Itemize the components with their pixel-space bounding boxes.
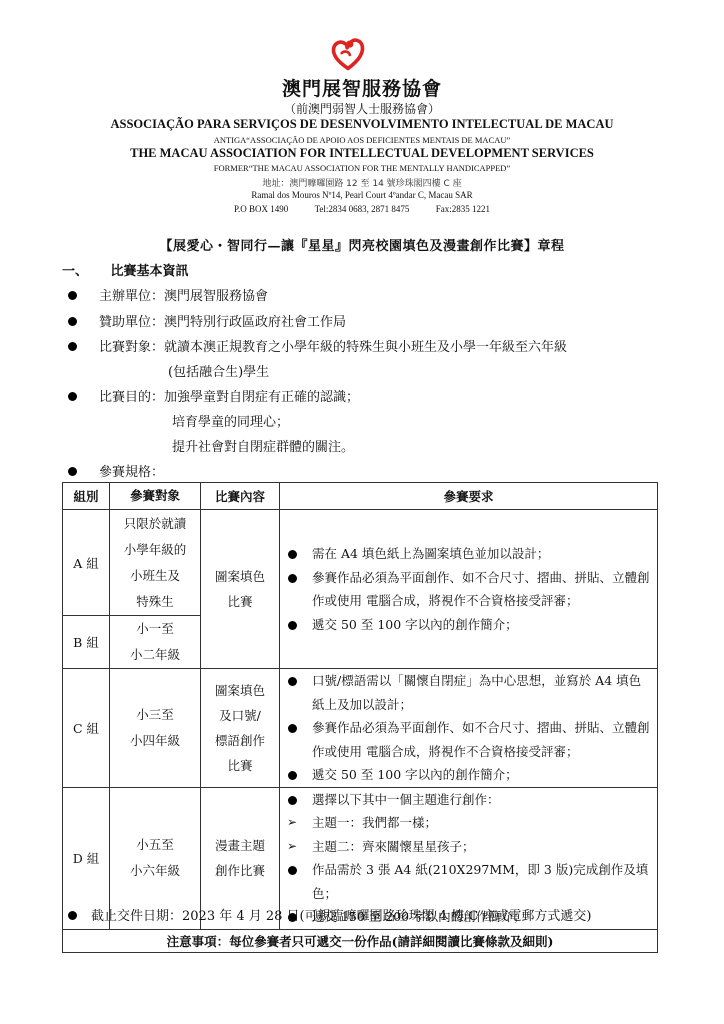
address-zh: 地址：澳門嚤囉園路 12 至 14 號珍珠閣四樓 C 座 [0,176,724,189]
requirement-text: 作品需於 3 張 A4 紙(210X297MM，即 3 版)完成創作及填色； [312,862,648,901]
content-line: 比賽 [201,589,279,614]
group-b: B 組 [63,616,110,669]
target-line: 小二年級 [110,642,200,668]
deadline-text: 截止交件日期：2023 年 4 月 28 日(可親臨嚤囉園路珍珠閣 4 樓 C … [91,909,591,924]
requirement-item: 口號/標語需以「關懷自閉症」為中心思想，並寫於 A4 填色紙上及加以設計； [288,669,653,716]
requirement-item: 參賽作品必須為平面創作、如不合尺寸、摺曲、拼貼、立體創作或使用 電腦合成，將視作… [288,716,653,763]
target-line: 只限於就讀 [110,511,200,537]
info-label: 比賽目的： [99,390,164,405]
content-line: 圖案填色 [201,678,279,703]
target-line: 小五至 [110,832,200,858]
bullet-icon [288,677,297,686]
group-c: C 組 [63,669,110,788]
requirement-subitem: ➢主題一：我們都一樣； [288,811,653,835]
arrow-bullet-icon: ➢ [287,811,297,835]
requirement-text: 主題二：齊來關懷星星孩子； [312,839,475,854]
org-former-name-pt: ANTIGA“ASSOCIAÇÃO DE APOIO AOS DEFICIENT… [0,135,724,145]
header-target: 參賽對象 [110,483,201,510]
info-eligibility: 比賽對象：就讀本澳正規教育之小學年級的特殊生與小班生及小學一年級至六年級 [68,336,567,355]
requirement-item: 作品需於 3 張 A4 紙(210X297MM，即 3 版)完成創作及填色； [288,858,653,905]
org-former-name-en: FORMER“THE MACAU ASSOCIATION FOR THE MEN… [0,163,724,173]
info-value: 澳門特別行政區政府社會工作局 [164,315,346,330]
org-name-zh: 澳門展智服務協會 [0,74,724,101]
requirement-text: 參賽作品必須為平面創作、如不合尺寸、摺曲、拼貼、立體創作或使用 電腦合成，將視作… [312,720,650,759]
bullet-icon [68,317,77,326]
competition-spec-table: 組別 參賽對象 比賽內容 參賽要求 A 組 只限於就讀 小學年級的 小班生及 特… [62,482,658,953]
info-purpose: 比賽目的：加強學童對自閉症有正確的認識； [68,386,359,405]
header-group: 組別 [63,483,110,510]
requirement-text: 遞交 50 至 100 字以內的創作簡介； [312,767,518,782]
content-ab: 圖案填色 比賽 [201,510,280,669]
info-purpose-line-2: 培育學童的同理心； [172,411,289,430]
info-purpose-line-3: 提升社會對自閉症群體的關注。 [172,436,354,455]
target-line: 小六年級 [110,858,200,884]
bullet-icon [288,771,297,780]
info-label: 比賽對象： [99,340,164,355]
info-specs: 參賽規格： [68,461,164,480]
target-line: 小四年級 [110,728,200,754]
requirement-item: 遞交 50 至 100 字以內的創作簡介； [288,613,653,637]
requirement-text: 遞交 50 至 100 字以內的創作簡介； [312,617,518,632]
requirements-c: 口號/標語需以「關懷自閉症」為中心思想，並寫於 A4 填色紙上及加以設計； 參賽… [280,669,658,788]
telephone: Tel:2834 0683, 2871 8475 [315,204,410,214]
info-organizer: 主辦單位：澳門展智服務協會 [68,285,268,304]
bullet-icon [68,291,77,300]
content-c: 圖案填色 及口號/ 標語創作 比賽 [201,669,280,788]
info-value: 就讀本澳正規教育之小學年級的特殊生與小班生及小學一年級至六年級 [164,340,567,355]
header-content: 比賽內容 [201,483,280,510]
requirement-text: 參賽作品必須為平面創作、如不合尺寸、摺曲、拼貼、立體創作或使用 電腦合成，將視作… [312,570,650,609]
document-page: 澳門展智服務協會 （前澳門弱智人士服務協會） ASSOCIAÇÃO PARA S… [0,0,724,1024]
content-line: 創作比賽 [201,858,279,883]
table-note-row: 注意事項：每位參賽者只可遞交一份作品(請詳細閱讀比賽條款及細則) [63,929,658,952]
po-box: P.O BOX 1490 [234,204,288,214]
table-row-c: C 組 小三至 小四年級 圖案填色 及口號/ 標語創作 比賽 口號/標語需以「關… [63,669,658,788]
target-line: 小班生及 [110,563,200,589]
bullet-icon [288,724,297,733]
target-line: 小一至 [110,616,200,642]
target-line: 特殊生 [110,589,200,615]
info-value: 加強學童對自閉症有正確的認識； [164,390,359,405]
info-eligibility-cont: (包括融合生)學生 [168,361,269,380]
requirement-text: 口號/標語需以「關懷自閉症」為中心思想，並寫於 A4 填色紙上及加以設計； [312,673,641,712]
requirement-item: 遞交 50 至 100 字以內的創作簡介； [288,763,653,787]
target-a: 只限於就讀 小學年級的 小班生及 特殊生 [110,510,201,616]
requirements-ab: 需在 A4 填色紙上為圖案填色並加以設計； 參賽作品必須為平面創作、如不合尺寸、… [280,510,658,669]
table-header-row: 組別 參賽對象 比賽內容 參賽要求 [63,483,658,510]
content-line: 及口號/ [201,703,279,728]
bullet-icon [288,550,297,559]
address-pt: Ramal dos Mouros Nº14, Pearl Court 4ºand… [0,190,724,200]
requirement-text: 主題一：我們都一樣； [312,815,437,830]
requirement-item: 需在 A4 填色紙上為圖案填色並加以設計； [288,542,653,566]
header-requirements: 參賽要求 [280,483,658,510]
heart-logo-icon [330,36,366,72]
deadline-line: 截止交件日期：2023 年 4 月 28 日(可親臨嚤囉園路珍珠閣 4 樓 C … [68,905,591,924]
requirement-subitem: ➢主題二：齊來關懷星星孩子； [288,835,653,859]
org-name-pt: ASSOCIAÇÃO PARA SERVIÇOS DE DESENVOLVIME… [0,117,724,132]
bullet-icon [68,467,77,476]
info-label: 參賽規格： [99,465,164,480]
bullet-icon [68,911,77,920]
table-note: 注意事項：每位參賽者只可遞交一份作品(請詳細閱讀比賽條款及細則) [63,929,658,952]
org-former-name-zh: （前澳門弱智人士服務協會） [0,100,724,117]
org-name-en: THE MACAU ASSOCIATION FOR INTELLECTUAL D… [0,146,724,161]
requirement-item: 參賽作品必須為平面創作、如不合尺寸、摺曲、拼貼、立體創作或使用 電腦合成，將視作… [288,566,653,613]
bullet-icon [288,574,297,583]
bullet-icon [68,392,77,401]
content-line: 比賽 [201,753,279,778]
requirement-text: 需在 A4 填色紙上為圖案填色並加以設計； [312,546,549,561]
table-row-a: A 組 只限於就讀 小學年級的 小班生及 特殊生 圖案填色 比賽 需在 A4 填… [63,510,658,616]
content-line: 標語創作 [201,728,279,753]
target-line: 小三至 [110,702,200,728]
section-heading: 一、 比賽基本資訊 [62,260,189,279]
group-a: A 組 [63,510,110,616]
fax: Fax:2835 1221 [436,204,490,214]
contact-line: P.O BOX 1490 Tel:2834 0683, 2871 8475 Fa… [0,204,724,214]
bullet-icon [288,866,297,875]
bullet-icon [68,342,77,351]
requirement-text: 選擇以下其中一個主題進行創作： [312,792,500,807]
info-label: 贊助單位： [99,315,164,330]
bullet-icon [288,796,297,805]
target-b: 小一至 小二年級 [110,616,201,669]
target-line: 小學年級的 [110,537,200,563]
arrow-bullet-icon: ➢ [287,835,297,859]
requirement-item: 選擇以下其中一個主題進行創作： [288,788,653,812]
section-title: 比賽基本資訊 [111,264,189,279]
content-line: 圖案填色 [201,564,279,589]
section-number: 一、 [62,264,88,279]
info-label: 主辦單位： [99,289,164,304]
bullet-icon [288,621,297,630]
target-c: 小三至 小四年級 [110,669,201,788]
document-title: 【展愛心・智同行—讓『星星』閃亮校園填色及漫畫創作比賽】章程 [0,235,724,254]
info-value: 澳門展智服務協會 [164,289,268,304]
info-sponsor: 贊助單位：澳門特別行政區政府社會工作局 [68,311,346,330]
content-line: 漫畫主題 [201,833,279,858]
